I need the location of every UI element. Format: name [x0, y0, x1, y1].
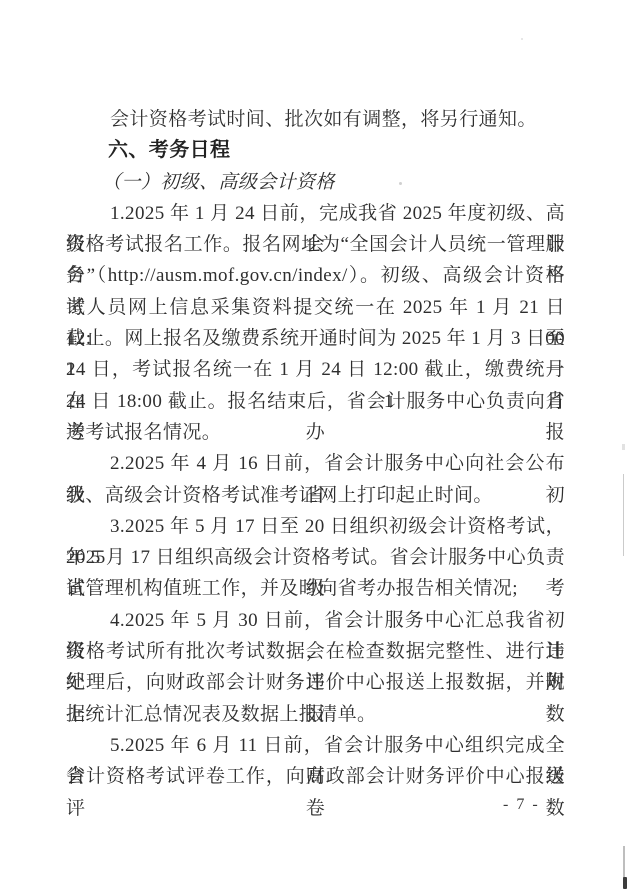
- text-line: 处理后，向财政部会计财务评价中心报送上报数据，并附上报数: [66, 667, 565, 698]
- scan-artifact-line-bottom: [623, 846, 625, 882]
- text-line: 截止。网上报名及缴费系统开通时间为 2025 年 1 月 3 日至 1 月: [66, 323, 565, 354]
- scan-artifact-corner-blob: [623, 877, 627, 889]
- text-line: 24 日 18:00 截止。报名结束后，省会计服务中心负责向省考办报: [66, 386, 565, 417]
- document-lines: 会计资格考试时间、批次如有调整，将另行通知。六、考务日程（一）初级、高级会计资格…: [66, 104, 565, 793]
- text-line: 4.2025 年 5 月 30 日前，省会计服务中心汇总我省初级会计: [66, 605, 565, 636]
- text-line: 级、高级会计资格考试准考证网上打印起止时间。: [66, 480, 565, 511]
- text-line: 5.2025 年 6 月 11 日前，省会计服务中心组织完成全省高级: [66, 730, 565, 761]
- text-line: 资格考试所有批次考试数据，在检查数据完整性、进行违纪违规: [66, 636, 565, 667]
- scan-artifact-speck: [622, 444, 625, 450]
- scan-artifact-speck: [521, 38, 523, 40]
- subsection-heading: （一）初级、高级会计资格: [66, 167, 565, 198]
- section-heading: 六、考务日程: [66, 135, 565, 166]
- text-line: 1.2025 年 1 月 24 日前，完成我省 2025 年度初级、高级会计: [66, 198, 565, 229]
- text-line: 会计资格考试时间、批次如有调整，将另行通知。: [66, 104, 565, 135]
- page-number: - 7 -: [503, 796, 540, 814]
- text-line: 2.2025 年 4 月 16 日前，省会计服务中心向社会公布我省初: [66, 448, 565, 479]
- text-line: 3.2025 年 5 月 17 日至 20 日组织初级会计资格考试，2025: [66, 511, 565, 542]
- text-line: 会计资格考试评卷工作，向财政部会计财务评价中心报送评卷数: [66, 761, 565, 792]
- text-line: 资格考试报名工作。报名网址为“全国会计人员统一管理服务平: [66, 229, 565, 260]
- text-line: 24 日，考试报名统一在 1 月 24 日 12:00 截止，缴费统一在 1 月: [66, 354, 565, 385]
- text-line: 年 5 月 17 日组织高级会计资格考试。省会计服务中心负责省级考: [66, 542, 565, 573]
- text-line: 试人员网上信息采集资料提交统一在 2025 年 1 月 21 日 12: 00: [66, 292, 565, 323]
- scanned-document-page: 会计资格考试时间、批次如有调整，将另行通知。六、考务日程（一）初级、高级会计资格…: [0, 0, 629, 890]
- text-line: 试管理机构值班工作，并及时向省考办报告相关情况;: [66, 573, 565, 604]
- text-line: 台”（http://ausm.mof.gov.cn/index/）。初级、高级会…: [66, 260, 565, 291]
- scan-artifact-line-mid: [623, 474, 624, 556]
